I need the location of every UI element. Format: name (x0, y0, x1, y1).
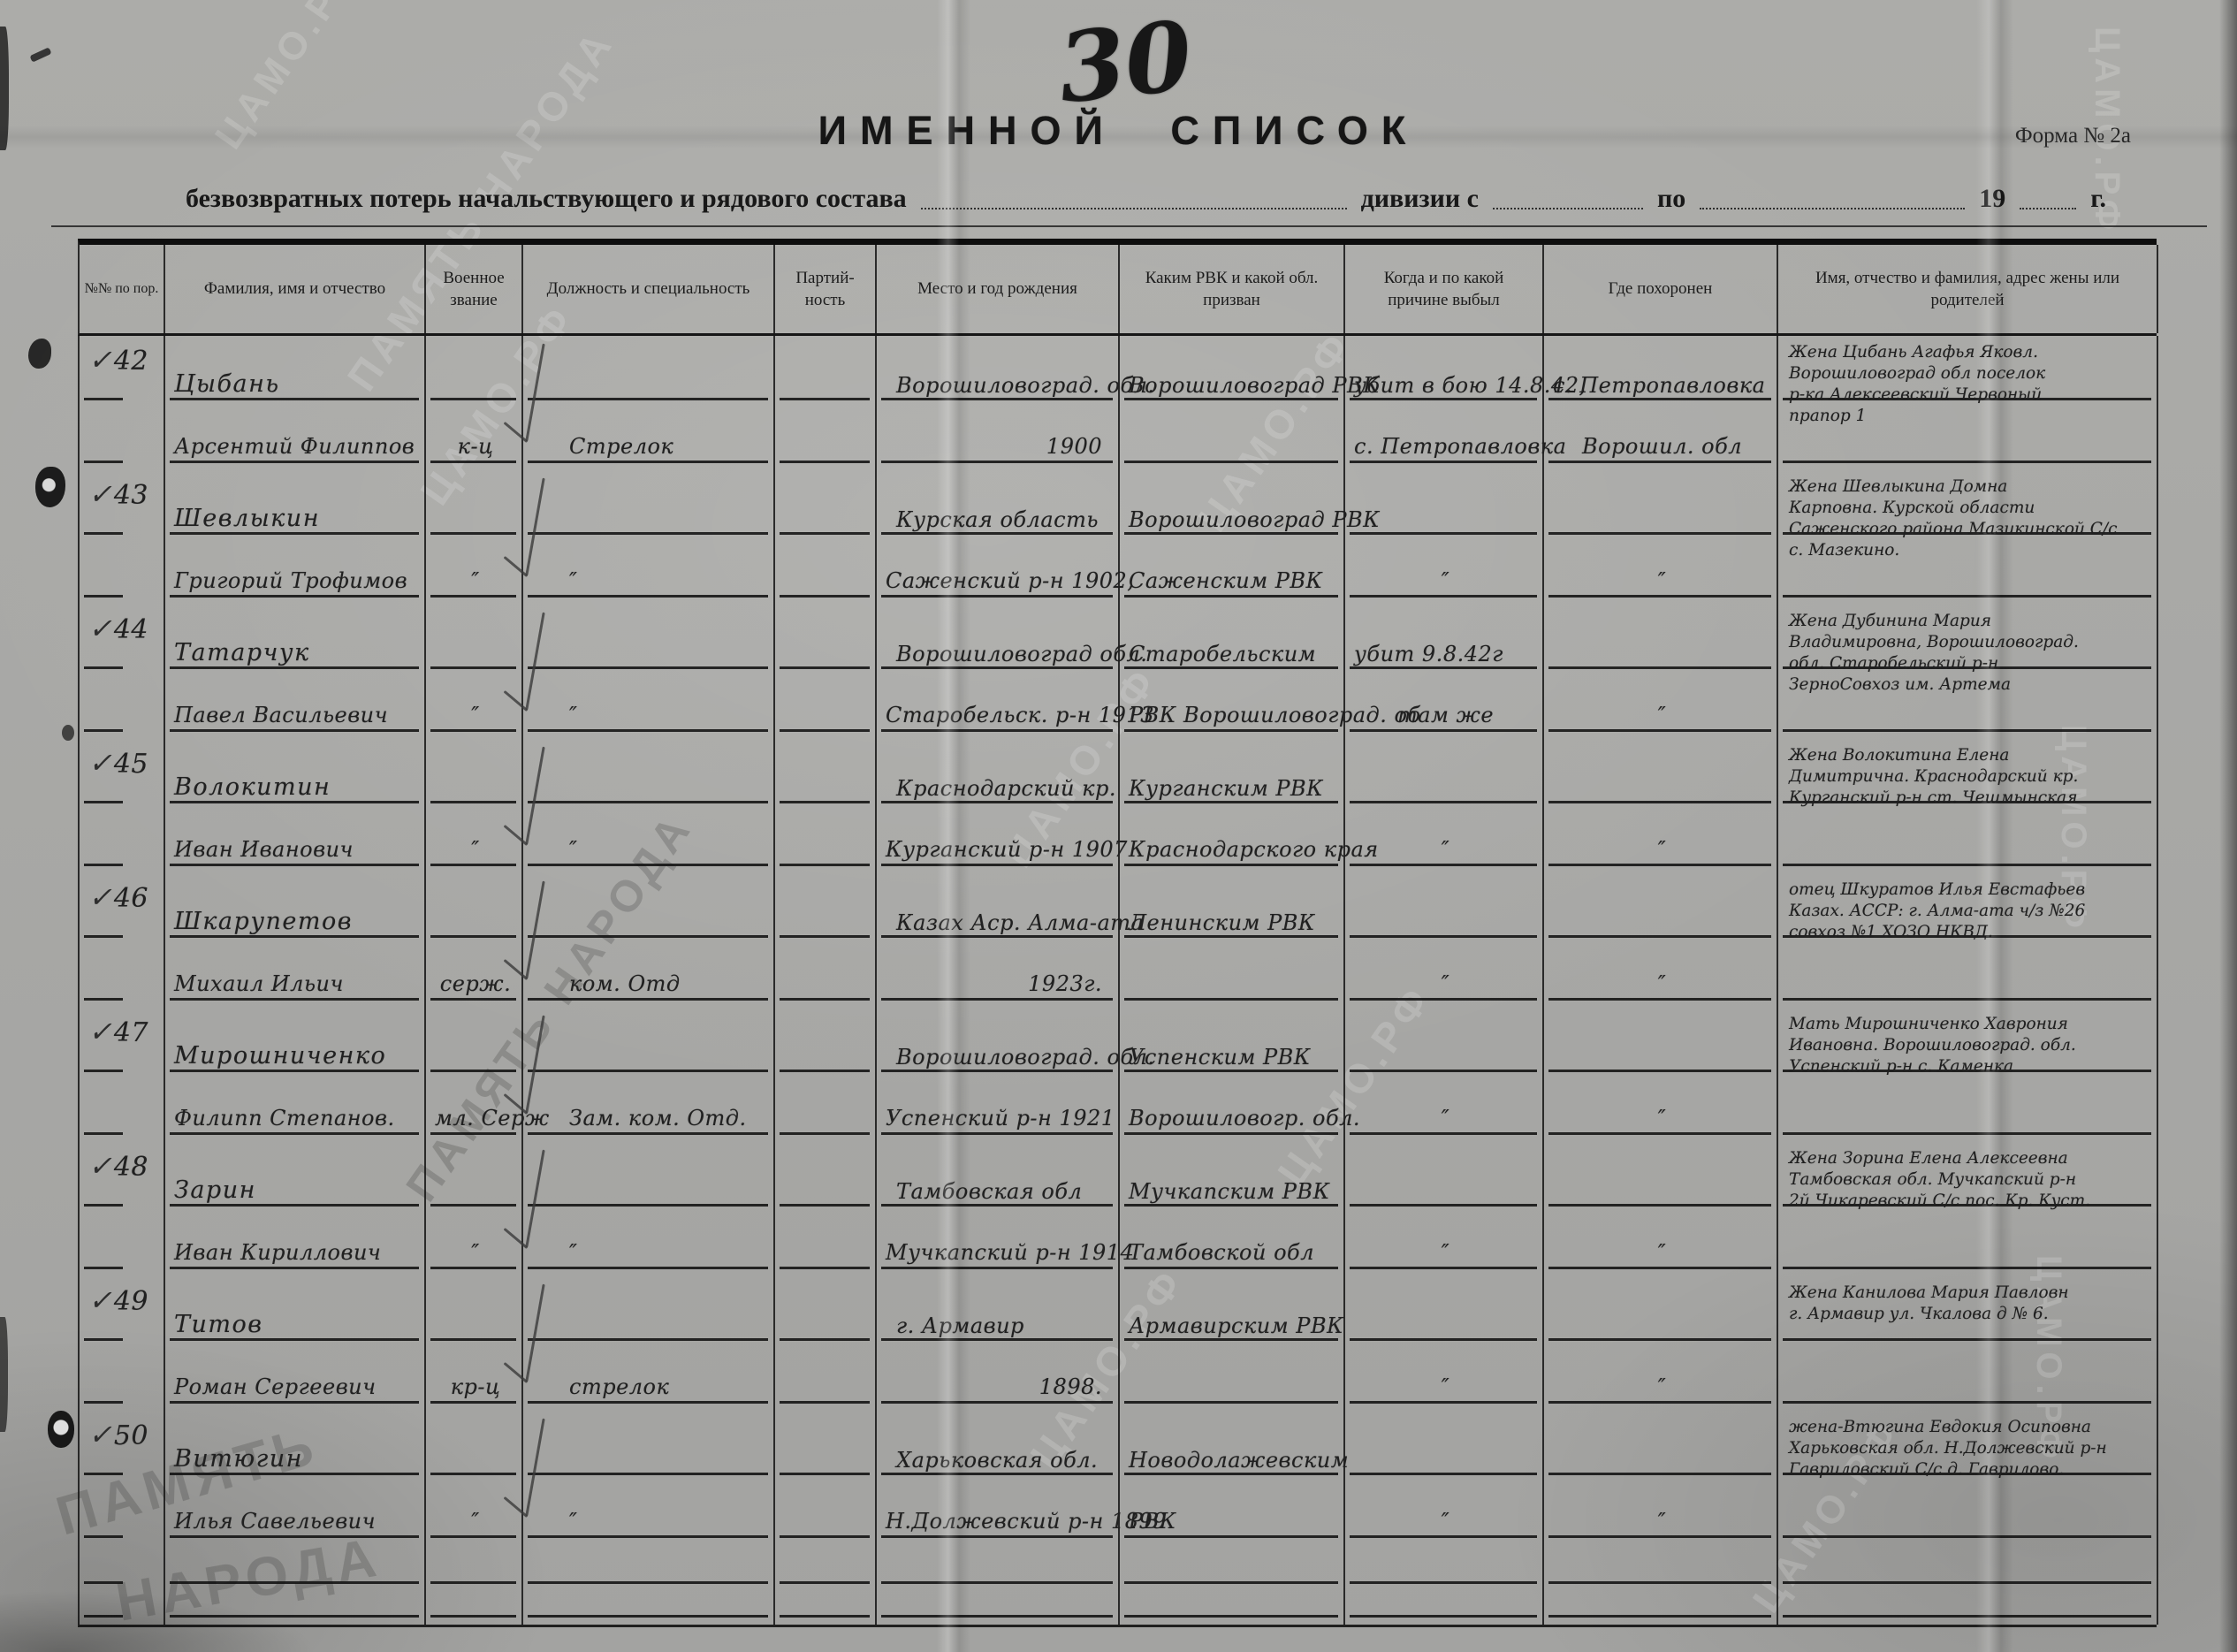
row-number: 43 (114, 480, 148, 511)
military-rank: ″ (471, 703, 479, 727)
loss-cause-line-2: ″ (1442, 971, 1449, 996)
surname: Волокитин (174, 773, 331, 801)
given-name: Иван Иванович (174, 837, 354, 862)
family-address: жена-Втюгина Евдокия Осиповна Харьковска… (1789, 1417, 2151, 1481)
header-rvk: Каким РВК и какой обл. призван (1120, 245, 1345, 333)
pencil-check-mark: ✓ (88, 612, 112, 645)
birth-district-year: 1900 (1046, 434, 1102, 459)
surname: Мирошниченко (174, 1042, 386, 1070)
table-row: ✓50 Витюгин Илья Савельевич ″ ″ Харьковс… (78, 1411, 2157, 1545)
loss-cause-line-2: ″ (1442, 1509, 1449, 1534)
horizontal-rule (51, 225, 2207, 227)
subtitle-text: безвозвратных потерь начальствующего и р… (186, 184, 907, 214)
surname: Титов (174, 1311, 263, 1338)
family-address: Жена Зорина Елена Алексеевна Тамбовская … (1789, 1148, 2151, 1212)
loss-cause-line-2: ″ (1442, 1106, 1449, 1131)
family-address: Жена Волокитина Елена Димитрична. Красно… (1789, 745, 2151, 809)
dotted-leader (1493, 203, 1643, 209)
burial-place-line-2: ″ (1658, 837, 1666, 862)
pencil-check-mark: ✓ (88, 343, 112, 377)
header-rank: Военное звание (426, 245, 523, 333)
family-address: Жена Цибань Агафья Яковл. Ворошиловоград… (1789, 342, 2151, 427)
family-address-line: г. Армавир ул. Чкалова д № 6. (1789, 1304, 2151, 1325)
row-number: 46 (114, 883, 148, 914)
given-name: Иван Кириллович (174, 1240, 381, 1265)
birth-place: Ворошиловоград. обл. (896, 373, 1155, 398)
family-address-line: Жена Зорина Елена Алексеевна (1789, 1148, 2151, 1169)
family-address-line: Жена Волокитина Елена (1789, 745, 2151, 766)
scan-artifact (62, 725, 74, 741)
family-address-line: обл. Старобельский р-н (1789, 653, 2151, 674)
header-family: Имя, отчество и фамилия, адрес жены или … (1778, 245, 2158, 333)
birth-place: Харьковская обл. (896, 1448, 1098, 1473)
rvk-line-1: Курганским РВК (1129, 776, 1323, 801)
birth-district-year: 1898. (1039, 1374, 1102, 1399)
given-name: Арсентий Филиппов (174, 434, 415, 459)
given-name: Павел Васильевич (174, 703, 388, 727)
burial-place-line-2: ″ (1658, 1240, 1666, 1265)
loss-cause-line-1: убит 9.8.42г (1354, 642, 1503, 666)
loss-cause-line-2: ″ (1442, 1240, 1449, 1265)
birth-district-year: 1923г. (1028, 971, 1102, 996)
burial-place-line-2: ″ (1658, 1509, 1666, 1534)
burial-place-line-2: ″ (1658, 971, 1666, 996)
header-name: Фамилия, имя и отчество (165, 245, 426, 333)
family-address-line: Успенский р-н с. Каменка (1789, 1056, 2151, 1077)
loss-cause-line-2: ″ (1442, 1374, 1449, 1399)
family-address: отец Шкуратов Илья Евстафьев Казах. АССР… (1789, 879, 2151, 943)
position-specialty: стрелок (569, 1374, 669, 1399)
birth-district-year: Саженский р-н 1902, (886, 568, 1134, 593)
table-body: ✓42 Цыбань Арсентий Филиппов к-ц Стрелок… (78, 336, 2157, 1545)
scanned-document-page: ЦАМО.РФ ЦАМО.РФ ПАМЯТЬ НАРОДА ЦАМО.РФ ЦА… (0, 0, 2237, 1652)
family-address: Жена Дубинина Мария Владимировна, Вороши… (1789, 611, 2151, 696)
header-birth: Место и год рождения (877, 245, 1120, 333)
family-address-line: отец Шкуратов Илья Евстафьев (1789, 879, 2151, 901)
rvk-line-1: Мучкапским РВК (1129, 1179, 1330, 1204)
position-specialty: ″ (569, 568, 577, 593)
given-name: Илья Савельевич (174, 1509, 376, 1534)
family-address-line: Мать Мирошниченко Хаврония (1789, 1014, 2151, 1035)
family-address-line: Жена Дубинина Мария (1789, 611, 2151, 632)
row-number: 44 (114, 614, 148, 645)
birth-district-year: Успенский р-н 1921 (886, 1106, 1115, 1131)
birth-place: Ворошиловоград обл. (896, 642, 1147, 666)
position-specialty: ком. Отд (569, 971, 681, 996)
position-specialty: ″ (569, 703, 577, 727)
rvk-line-1: Армавирским РВК (1129, 1313, 1343, 1338)
family-address-line: Саженского района Мазикинской С/с (1789, 519, 2151, 540)
rvk-line-1: Успенским РВК (1129, 1045, 1311, 1070)
pencil-check-mark: ✓ (88, 746, 112, 780)
table-header-row: №№ по пор. Фамилия, имя и отчество Военн… (78, 239, 2157, 336)
header-num: №№ по пор. (80, 245, 165, 333)
table-row-empty (78, 1545, 2157, 1627)
header-where: Где похоронен (1544, 245, 1778, 333)
birth-place: г. Армавир (896, 1313, 1024, 1338)
rvk-line-2: Ворошиловогр. обл. (1129, 1106, 1360, 1131)
page-title: ИМЕННОЙ СПИСОК (0, 108, 2237, 154)
division-label: дивизии с (1361, 184, 1479, 214)
scan-artifact (0, 27, 9, 150)
handwritten-sheet-number: 30 (1054, 0, 1198, 125)
position-specialty: Стрелок (569, 434, 673, 459)
birth-district-year: Мучкапский р-н 1914 (886, 1240, 1134, 1265)
scan-artifact (2219, 0, 2237, 1652)
military-rank: ″ (471, 1240, 479, 1265)
rvk-line-1: Ленинским РВК (1129, 910, 1315, 935)
scan-artifact (0, 1317, 8, 1432)
table-row: ✓43 Шевлыкин Григорий Трофимов ″ ″ Курск… (78, 470, 2157, 605)
row-number: 48 (114, 1152, 148, 1183)
birth-district-year: Старобельск. р-н 1913 (886, 703, 1154, 727)
surname: Татарчук (174, 639, 310, 666)
family-address-line: Харьковская обл. Н.Должевский р-н (1789, 1438, 2151, 1459)
family-address-line: 2й Чикаревский С/с пос. Кр. Куст. (1789, 1191, 2151, 1212)
family-address-line: совхоз №1 ХОЗО НКВД. (1789, 922, 2151, 943)
family-address-line: Жена Цибань Агафья Яковл. (1789, 342, 2151, 363)
rvk-line-1: Ворошиловоград РВК (1129, 507, 1380, 532)
family-address: Мать Мирошниченко Хаврония Ивановна. Вор… (1789, 1014, 2151, 1077)
family-address-line: с. Мазекино. (1789, 540, 2151, 561)
pencil-check-mark: ✓ (88, 1283, 112, 1317)
birth-district-year: Курганский р-н 1907 (886, 837, 1128, 862)
family-address-line: прапор 1 (1789, 406, 2151, 427)
table-row: ✓45 Волокитин Иван Иванович ″ ″ Краснода… (78, 739, 2157, 873)
given-name: Григорий Трофимов (174, 568, 407, 593)
year-suffix-label: г. (2090, 184, 2106, 214)
surname: Зарин (174, 1176, 256, 1204)
scan-artifact (29, 47, 51, 62)
birth-place: Казах Аср. Алма-ата (896, 910, 1144, 935)
burial-place-line-2: ″ (1658, 568, 1666, 593)
row-number: 47 (114, 1017, 148, 1048)
family-address-line: Ворошиловоград обл поселок (1789, 363, 2151, 384)
rvk-line-2: Краснодарского края (1129, 837, 1379, 862)
rvk-line-1: Новодолажевским (1129, 1448, 1349, 1473)
row-number: 50 (114, 1420, 148, 1451)
family-address-line: Гавриловский С/с д. Гаврилово. (1789, 1459, 2151, 1481)
birth-place: Курская область (896, 507, 1099, 532)
position-specialty: Зам. ком. Отд. (569, 1106, 747, 1131)
surname: Витюгин (174, 1445, 303, 1473)
burial-place-line-2: ″ (1658, 703, 1666, 727)
pencil-check-mark: ✓ (88, 477, 112, 511)
dotted-leader (2020, 203, 2076, 209)
dotted-leader (1700, 203, 1965, 209)
casualty-table: №№ по пор. Фамилия, имя и отчество Военн… (78, 239, 2157, 1627)
military-rank: ″ (471, 837, 479, 862)
scan-artifact (48, 1411, 74, 1448)
form-number-label: Форма № 2а (2015, 124, 2131, 148)
rvk-line-2: Саженским РВК (1129, 568, 1323, 593)
burial-place-line-2: ″ (1658, 1374, 1666, 1399)
pencil-check-mark: ✓ (88, 1418, 112, 1451)
birth-place: Краснодарский кр. (896, 776, 1116, 801)
table-row: ✓46 Шкарупетов Михаил Ильич серж. ком. О… (78, 873, 2157, 1008)
scan-artifact (35, 467, 65, 507)
military-rank: кр-ц (451, 1374, 501, 1399)
table-row: ✓42 Цыбань Арсентий Филиппов к-ц Стрелок… (78, 336, 2157, 470)
given-name: Филипп Степанов. (174, 1106, 395, 1131)
rvk-line-2: РВК (1129, 1509, 1176, 1534)
burial-place-line-1: с. Петропавловка (1553, 373, 1765, 398)
military-rank: серж. (440, 971, 511, 996)
table-row: ✓48 Зарин Иван Кириллович ″ ″ Тамбовская… (78, 1142, 2157, 1276)
family-address-line: Жена Канилова Мария Павловн (1789, 1283, 2151, 1304)
position-specialty: ″ (569, 837, 577, 862)
header-position: Должность и специальность (523, 245, 775, 333)
surname: Цыбань (174, 370, 280, 398)
table-row: ✓49 Титов Роман Сергеевич кр-ц стрелок г… (78, 1276, 2157, 1411)
given-name: Роман Сергеевич (174, 1374, 377, 1399)
scan-artifact (28, 339, 51, 369)
rvk-line-1: Старобельским (1129, 642, 1316, 666)
pencil-check-mark: ✓ (88, 1015, 112, 1048)
header-when: Когда и по какой причине выбыл (1345, 245, 1544, 333)
dotted-leader (921, 203, 1347, 209)
surname: Шкарупетов (174, 908, 353, 935)
rvk-line-2: Тамбовской обл (1129, 1240, 1314, 1265)
birth-place: Тамбовская обл (896, 1179, 1082, 1204)
military-rank: ″ (471, 568, 479, 593)
family-address-line: Жена Шевлыкина Домна (1789, 476, 2151, 498)
rvk-line-1: Ворошиловоград РВК (1129, 373, 1380, 398)
family-address-line: Ивановна. Ворошиловоград. обл. (1789, 1035, 2151, 1056)
position-specialty: ″ (569, 1240, 577, 1265)
family-address-line: Курганский р-н ст. Чешмынская (1789, 788, 2151, 809)
year-label: 19 (1979, 184, 2005, 214)
header-party: Партий- ность (775, 245, 877, 333)
position-specialty: ″ (569, 1509, 577, 1534)
loss-cause-line-2: с. Петропавловка (1354, 434, 1566, 459)
family-address-line: жена-Втюгина Евдокия Осиповна (1789, 1417, 2151, 1438)
table-row: ✓44 Татарчук Павел Васильевич ″ ″ Вороши… (78, 605, 2157, 739)
given-name: Михаил Ильич (174, 971, 344, 996)
family-address-line: ЗерноСовхоз им. Артема (1789, 674, 2151, 696)
family-address-line: Тамбовская обл. Мучкапский р-н (1789, 1169, 2151, 1191)
birth-place: Ворошиловоград. обл. (896, 1045, 1155, 1070)
row-number: 42 (114, 346, 148, 377)
family-address: Жена Канилова Мария Павловн г. Армавир у… (1789, 1283, 2151, 1325)
surname: Шевлыкин (174, 505, 320, 532)
family-address: Жена Шевлыкина Домна Карповна. Курской о… (1789, 476, 2151, 561)
military-rank: ″ (471, 1509, 479, 1534)
row-number: 45 (114, 749, 148, 780)
family-address-line: Казах. АССР: г. Алма-ата ч/з №26 (1789, 901, 2151, 922)
loss-cause-line-2: ″ (1442, 568, 1449, 593)
family-address-line: р-ка Алексеевский Червоный (1789, 384, 2151, 406)
pencil-check-mark: ✓ (88, 1149, 112, 1183)
loss-cause-line-2: там же (1397, 703, 1494, 727)
loss-cause-line-2: ″ (1442, 837, 1449, 862)
burial-place-line-2: Ворошил. обл (1582, 434, 1742, 459)
family-address-line: Владимировна, Ворошиловоград. (1789, 632, 2151, 653)
table-row: ✓47 Мирошниченко Филипп Степанов. мл. Се… (78, 1008, 2157, 1142)
pencil-check-mark: ✓ (88, 880, 112, 914)
family-address-line: Димитрична. Краснодарский кр. (1789, 766, 2151, 788)
military-rank: к-ц (458, 434, 494, 459)
row-number: 49 (114, 1286, 148, 1317)
to-label: по (1657, 184, 1685, 214)
burial-place-line-2: ″ (1658, 1106, 1666, 1131)
subtitle-row: безвозвратных потерь начальствующего и р… (186, 173, 2106, 214)
family-address-line: Карповна. Курской области (1789, 498, 2151, 519)
